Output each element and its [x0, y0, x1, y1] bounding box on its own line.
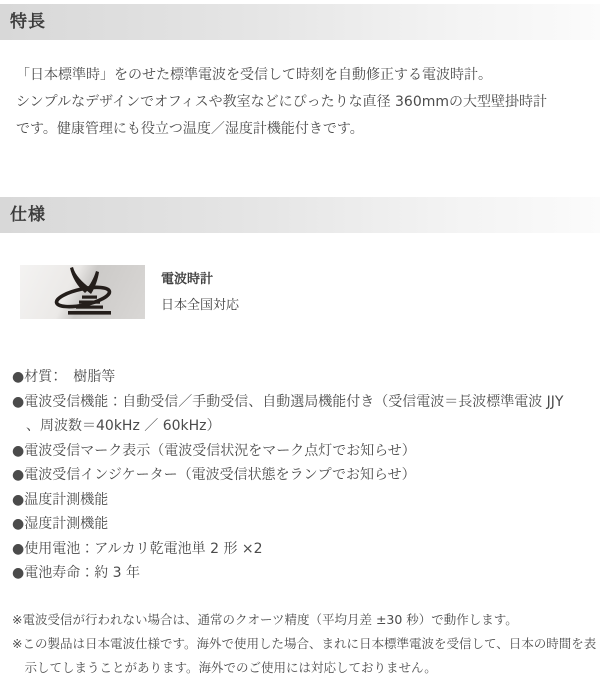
- badge-text-block: 電波時計 日本全国対応: [161, 265, 239, 319]
- features-paragraph: 「日本標準時」をのせた標準電波を受信して時刻を自動修正する電波時計。 シンプルな…: [0, 62, 600, 143]
- note-item: ※電波受信が行われない場合は、通常のクオーツ精度（平均月差 ±30 秒）で動作し…: [12, 608, 592, 632]
- spec-notes: ※電波受信が行われない場合は、通常のクオーツ精度（平均月差 ±30 秒）で動作し…: [0, 608, 600, 680]
- spec-item: ●材質： 樹脂等: [12, 365, 592, 390]
- spec-bullet-list: ●材質： 樹脂等 ●電波受信機能：自動受信／手動受信、自動選局機能付き（受信電波…: [0, 365, 600, 586]
- note-item-continuation: 示してしまうことがあります。海外でのご使用には対応しておりません。: [12, 656, 592, 680]
- spec-item: ●電波受信機能：自動受信／手動受信、自動選局機能付き（受信電波＝長波標準電波 J…: [12, 390, 592, 415]
- spec-item: ●温度計測機能: [12, 488, 592, 513]
- badge-subtitle: 日本全国対応: [161, 293, 239, 319]
- spec-item: ●湿度計測機能: [12, 512, 592, 537]
- spec-item: ●電波受信マーク表示（電波受信状況をマーク点灯でお知らせ）: [12, 439, 592, 464]
- radio-controlled-clock-icon: [37, 267, 129, 317]
- note-item: ※この製品は日本電波仕様です。海外で使用した場合、まれに日本標準電波を受信して、…: [12, 632, 592, 656]
- product-spec-page: 特長 「日本標準時」をのせた標準電波を受信して時刻を自動修正する電波時計。 シン…: [0, 4, 600, 694]
- badge-title: 電波時計: [161, 267, 239, 293]
- radio-clock-badge: 電波時計 日本全国対応: [0, 265, 600, 319]
- features-section-heading: 特長: [0, 4, 600, 40]
- spec-item-continuation: 、周波数＝40kHz ／ 60kHz）: [12, 414, 592, 439]
- spec-item: ●使用電池：アルカリ乾電池単 2 形 ×2: [12, 537, 592, 562]
- badge-icon-box: [20, 265, 145, 319]
- spec-item: ●電池寿命：約 3 年: [12, 561, 592, 586]
- features-paragraph-line: です。健康管理にも役立つ温度／湿度計機能付きです。: [16, 116, 592, 143]
- specs-section-heading: 仕様: [0, 197, 600, 233]
- features-paragraph-line: シンプルなデザインでオフィスや教室などにぴったりな直径 360mmの大型壁掛時計: [16, 89, 592, 116]
- features-paragraph-line: 「日本標準時」をのせた標準電波を受信して時刻を自動修正する電波時計。: [16, 62, 592, 89]
- spec-item: ●電波受信インジケーター（電波受信状態をランプでお知らせ）: [12, 463, 592, 488]
